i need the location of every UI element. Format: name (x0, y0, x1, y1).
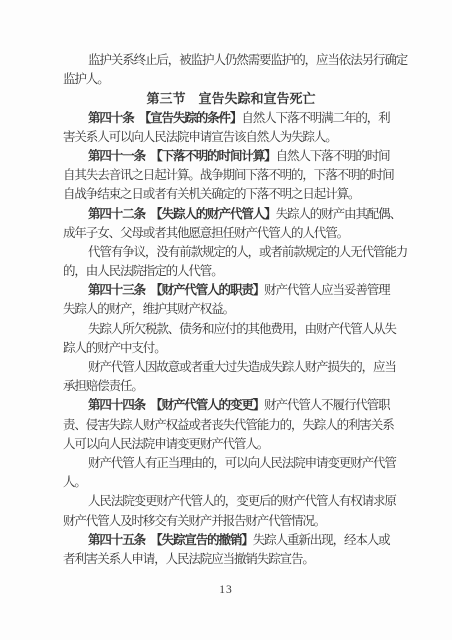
text-line: 踪人的财产中支付。 (63, 339, 399, 358)
text-body: 监护关系终止后，被监护人仍然需要监护的，应当依法另行确定监护人。第三节 宣告失踪… (63, 51, 399, 569)
line-text: 责、侵害失踪人财产权益或者丧失代管能力的，失踪人的利害关系 (63, 418, 394, 432)
line-text: 人。 (63, 475, 86, 489)
text-line: 第四十二条 【失踪人的财产代管人】失踪人的财产由其配偶、 (63, 205, 399, 224)
line-text: 自其失去音讯之日起计算。战争期间下落不明的，下落不明的时间 (63, 168, 394, 182)
text-line: 人民法院变更财产代管人的，变更后的财产代管人有权请求原 (63, 492, 399, 511)
line-text: 人可以向人民法院申请变更财产代管人。 (63, 437, 268, 451)
text-line: 害关系人可以向人民法院申请宣告该自然人为失踪人。 (63, 128, 399, 147)
text-line: 监护关系终止后，被监护人仍然需要监护的，应当依法另行确定 (63, 51, 399, 70)
article-opener: 第四十五条 【失踪宣告的撤销】 (88, 533, 253, 547)
line-text: 自然人下落不明满二年的，利 (241, 111, 389, 125)
text-line: 的，由人民法院指定的人代管。 (63, 262, 399, 281)
text-line: 代管有争议，没有前款规定的人，或者前款规定的人无代管能力 (63, 243, 399, 262)
line-text: 的，由人民法院指定的人代管。 (63, 264, 223, 278)
text-line: 第四十一条 【下落不明的时间计算】自然人下落不明的时间 (63, 147, 399, 166)
line-text: 失踪人的财产由其配偶、 (276, 207, 401, 221)
line-text: 监护人。 (63, 72, 109, 86)
line-text: 人民法院变更财产代管人的，变更后的财产代管人有权请求原 (88, 494, 396, 508)
document-page: 监护关系终止后，被监护人仍然需要监护的，应当依法另行确定监护人。第三节 宣告失踪… (0, 0, 452, 640)
text-line: 第四十三条 【财产代管人的职责】财产代管人应当妥善管理 (63, 281, 399, 300)
line-text: 承担赔偿责任。 (63, 379, 143, 393)
article-opener: 第四十条 【宣告失踪的条件】 (88, 111, 241, 125)
line-text: 代管有争议，没有前款规定的人，或者前款规定的人无代管能力 (88, 245, 407, 259)
article-opener: 第四十二条 【失踪人的财产代管人】 (88, 207, 276, 221)
text-line: 财产代管人有正当理由的，可以向人民法院申请变更财产代管 (63, 454, 399, 473)
line-text: 财产代管人及时移交有关财产并报告财产代管情况。 (63, 514, 325, 528)
text-line: 人。 (63, 473, 399, 492)
text-line: 承担赔偿责任。 (63, 377, 399, 396)
text-line: 人可以向人民法院申请变更财产代管人。 (63, 435, 399, 454)
line-text: 失踪人的财产，维护其财产权益。 (63, 302, 234, 316)
text-line: 责、侵害失踪人财产权益或者丧失代管能力的，失踪人的利害关系 (63, 416, 399, 435)
line-text: 害关系人可以向人民法院申请宣告该自然人为失踪人。 (63, 130, 337, 144)
line-text: 成年子女、父母或者其他愿意担任财产代管人的人代管。 (63, 226, 348, 240)
line-text: 监护关系终止后，被监护人仍然需要监护的，应当依法另行确定 (88, 53, 407, 67)
text-line: 第四十条 【宣告失踪的条件】自然人下落不明满二年的，利 (63, 109, 399, 128)
line-text: 自战争结束之日或者有关机关确定的下落不明之日起计算。 (63, 187, 359, 201)
text-line: 失踪人所欠税款、债务和应付的其他费用，由财产代管人从失 (63, 320, 399, 339)
section-heading: 第三节 宣告失踪和宣告死亡 (63, 89, 399, 108)
text-line: 自其失去音讯之日起计算。战争期间下落不明的，下落不明的时间 (63, 166, 399, 185)
article-opener: 第四十一条 【下落不明的时间计算】 (88, 149, 276, 163)
line-text: 者利害关系人申请，人民法院应当撤销失踪宣告。 (63, 552, 314, 566)
text-line: 者利害关系人申请，人民法院应当撤销失踪宣告。 (63, 550, 399, 569)
text-line: 第四十五条 【失踪宣告的撤销】失踪人重新出现，经本人或 (63, 531, 399, 550)
line-text: 失踪人重新出现，经本人或 (253, 533, 390, 547)
page-number: 13 (0, 584, 452, 596)
line-text: 失踪人所欠税款、债务和应付的其他费用，由财产代管人从失 (88, 322, 396, 336)
line-text: 自然人下落不明的时间 (276, 149, 390, 163)
text-line: 监护人。 (63, 70, 399, 89)
text-line: 财产代管人及时移交有关财产并报告财产代管情况。 (63, 512, 399, 531)
text-line: 自战争结束之日或者有关机关确定的下落不明之日起计算。 (63, 185, 399, 204)
text-line: 第四十四条 【财产代管人的变更】财产代管人不履行代管职 (63, 396, 399, 415)
line-text: 财产代管人不履行代管职 (264, 398, 389, 412)
line-text: 财产代管人因故意或者重大过失造成失踪人财产损失的，应当 (88, 360, 396, 374)
text-line: 财产代管人因故意或者重大过失造成失踪人财产损失的，应当 (63, 358, 399, 377)
line-text: 财产代管人应当妥善管理 (264, 283, 389, 297)
text-line: 成年子女、父母或者其他愿意担任财产代管人的人代管。 (63, 224, 399, 243)
article-opener: 第四十三条 【财产代管人的职责】 (88, 283, 264, 297)
line-text: 财产代管人有正当理由的，可以向人民法院申请变更财产代管 (88, 456, 396, 470)
article-opener: 第四十四条 【财产代管人的变更】 (88, 398, 264, 412)
text-line: 失踪人的财产，维护其财产权益。 (63, 300, 399, 319)
line-text: 踪人的财产中支付。 (63, 341, 166, 355)
